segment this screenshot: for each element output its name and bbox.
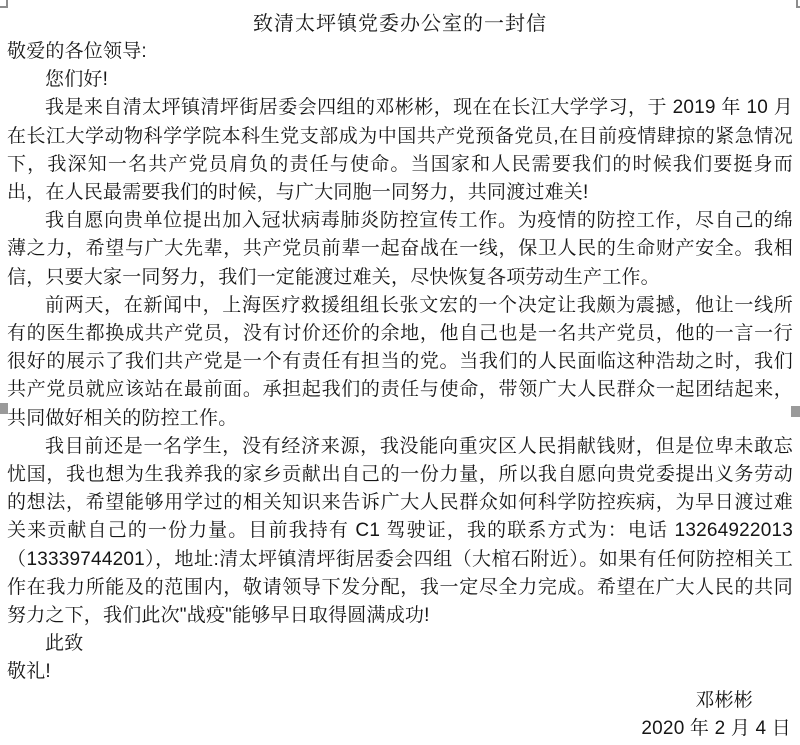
closing-jingli: 敬礼! bbox=[7, 658, 793, 686]
signature-name: 邓彬彬 bbox=[7, 687, 793, 715]
closing-cizhi: 此致 bbox=[7, 630, 793, 658]
signature-date: 2020 年 2 月 4 日 bbox=[7, 715, 793, 743]
letter-title: 致清太坪镇党委办公室的一封信 bbox=[7, 10, 793, 38]
letter-paragraph: 我自愿向贵单位提出加入冠状病毒肺炎防控宣传工作。为疫情的防控工作，尽自己的绵薄之… bbox=[7, 207, 793, 292]
letter-body: 敬爱的各位领导: 您们好! 我是来自清太坪镇清坪街居委会四组的邓彬彬，现在在长江… bbox=[7, 38, 793, 743]
selection-handle-top-right[interactable] bbox=[796, 0, 800, 8]
salutation: 敬爱的各位领导: bbox=[7, 38, 793, 66]
letter-paragraph: 前两天，在新闻中，上海医疗救援组组长张文宏的一个决定让我颇为震撼，他让一线所有的… bbox=[7, 292, 793, 433]
letter-paragraph: 我是来自清太坪镇清坪街居委会四组的邓彬彬，现在在长江大学学习，于 2019 年 … bbox=[7, 94, 793, 207]
greeting: 您们好! bbox=[7, 66, 793, 94]
selection-handle-middle-left[interactable] bbox=[0, 403, 8, 414]
selection-handle-top-left[interactable] bbox=[0, 0, 8, 8]
letter-page: 致清太坪镇党委办公室的一封信 敬爱的各位领导: 您们好! 我是来自清太坪镇清坪街… bbox=[0, 0, 800, 745]
letter-paragraph: 我目前还是一名学生，没有经济来源，我没能向重灾区人民捐献钱财，但是位卑未敢忘忧国… bbox=[7, 433, 793, 630]
selection-handle-middle-right[interactable] bbox=[791, 406, 800, 417]
